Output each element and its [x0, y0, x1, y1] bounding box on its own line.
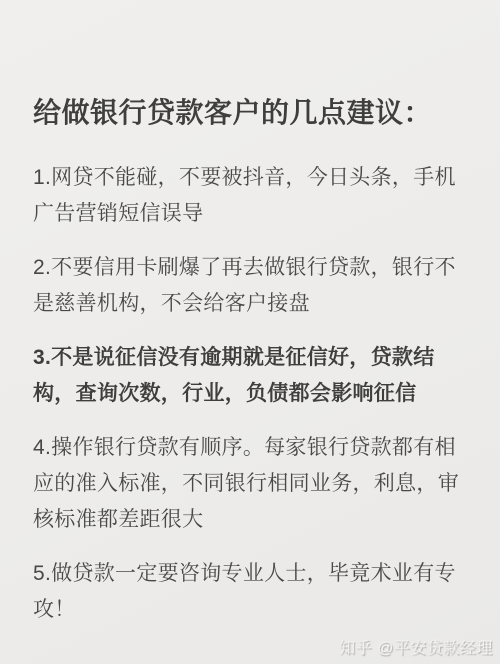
- advice-item-1: 1.网贷不能碰，不要被抖音，今日头条，手机广告营销短信误导: [33, 160, 474, 232]
- watermark: 知乎 @平安贷款经理: [339, 635, 493, 658]
- advice-item-3: 3.不是说征信没有逾期就是征信好，贷款结构，查询次数，行业，负债都会影响征信: [33, 340, 474, 412]
- advice-item-4: 4.操作银行贷款有顺序。每家银行贷款都有相应的准入标准，不同银行相同业务，利息，…: [33, 430, 474, 538]
- advice-list: 1.网贷不能碰，不要被抖音，今日头条，手机广告营销短信误导 2.不要信用卡刷爆了…: [33, 160, 474, 628]
- page-title: 给做银行贷款客户的几点建议：: [33, 94, 474, 132]
- advice-item-2: 2.不要信用卡刷爆了再去做银行贷款，银行不是慈善机构，不会给客户接盘: [33, 250, 474, 322]
- advice-item-5: 5.做贷款一定要咨询专业人士，毕竟术业有专攻！: [33, 556, 474, 628]
- advice-note-page: 给做银行贷款客户的几点建议： 1.网贷不能碰，不要被抖音，今日头条，手机广告营销…: [0, 0, 500, 664]
